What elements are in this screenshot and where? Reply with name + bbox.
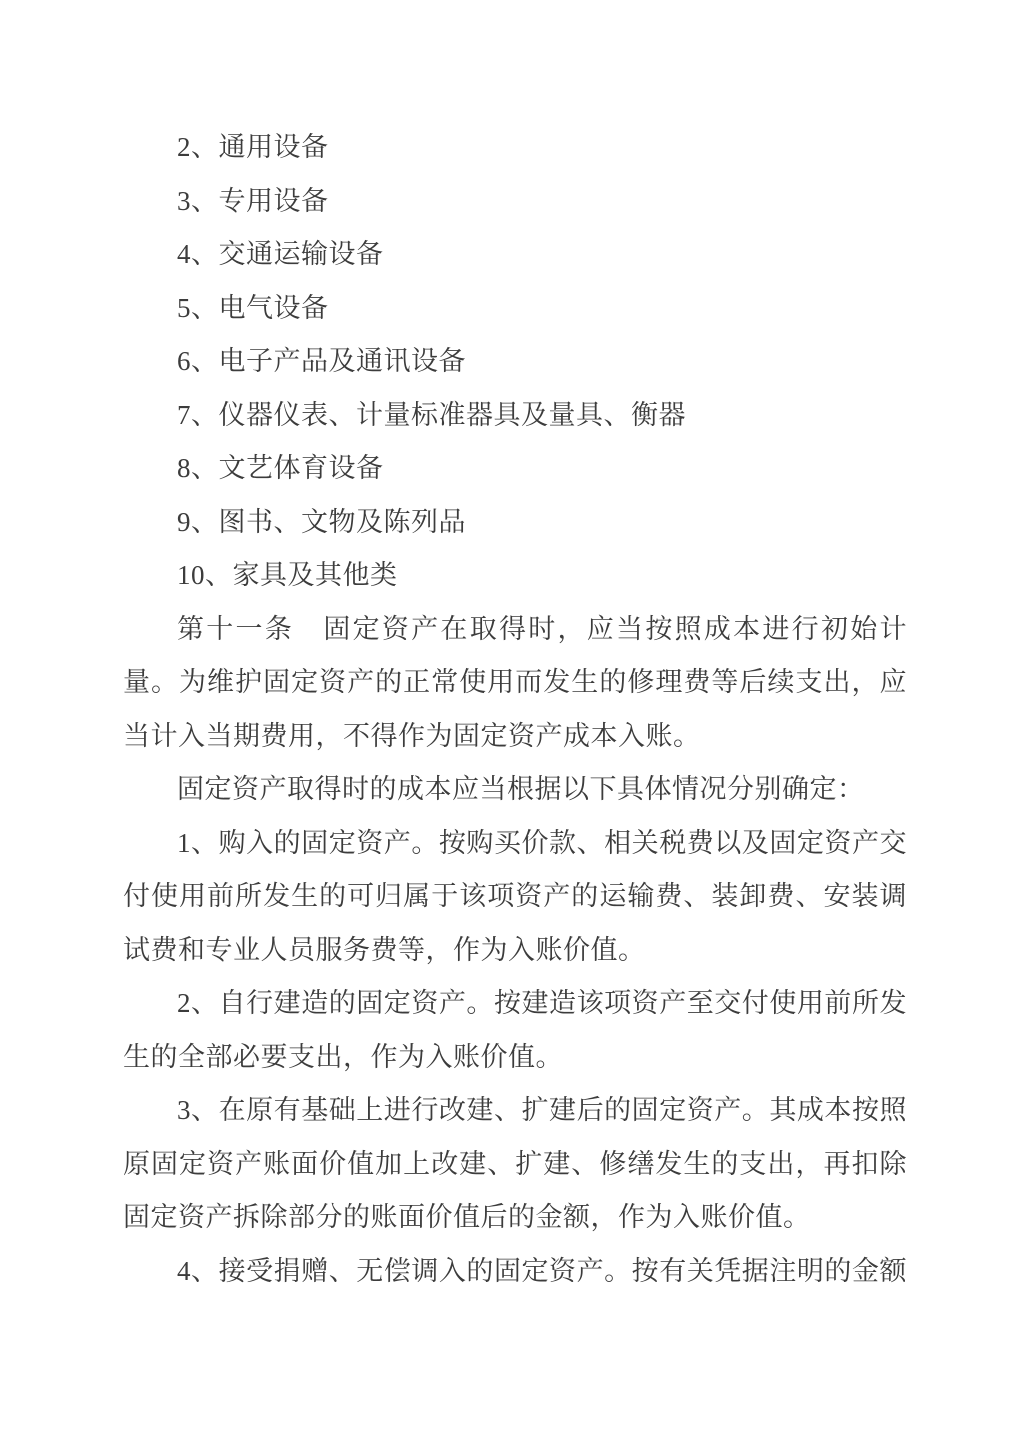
text-line: 2、自行建造的固定资产。按建造该项资产至交付使用前所发 (123, 977, 907, 1031)
text-line: 固定资产拆除部分的账面价值后的金额，作为入账价值。 (123, 1191, 907, 1245)
text-line: 6、电子产品及通讯设备 (123, 335, 907, 389)
document-text-block: 2、通用设备3、专用设备4、交通运输设备5、电气设备6、电子产品及通讯设备7、仪… (123, 121, 907, 1298)
text-line: 2、通用设备 (123, 121, 907, 175)
text-line: 第十一条 固定资产在取得时，应当按照成本进行初始计 (123, 603, 907, 657)
text-line: 生的全部必要支出，作为入账价值。 (123, 1031, 907, 1085)
text-line: 1、购入的固定资产。按购买价款、相关税费以及固定资产交 (123, 817, 907, 871)
text-line: 3、在原有基础上进行改建、扩建后的固定资产。其成本按照 (123, 1084, 907, 1138)
document-page: 2、通用设备3、专用设备4、交通运输设备5、电气设备6、电子产品及通讯设备7、仪… (0, 0, 1024, 1448)
text-line: 量。为维护固定资产的正常使用而发生的修理费等后续支出，应 (123, 656, 907, 710)
text-line: 10、家具及其他类 (123, 549, 907, 603)
text-line: 付使用前所发生的可归属于该项资产的运输费、装卸费、安装调 (123, 870, 907, 924)
text-line: 4、交通运输设备 (123, 228, 907, 282)
text-line: 试费和专业人员服务费等，作为入账价值。 (123, 924, 907, 978)
text-line: 5、电气设备 (123, 282, 907, 336)
text-line: 4、接受捐赠、无偿调入的固定资产。按有关凭据注明的金额 (123, 1245, 907, 1299)
text-line: 原固定资产账面价值加上改建、扩建、修缮发生的支出，再扣除 (123, 1138, 907, 1192)
text-line: 9、图书、文物及陈列品 (123, 496, 907, 550)
text-line: 8、文艺体育设备 (123, 442, 907, 496)
text-line: 7、仪器仪表、计量标准器具及量具、衡器 (123, 389, 907, 443)
text-line: 3、专用设备 (123, 175, 907, 229)
text-line: 当计入当期费用，不得作为固定资产成本入账。 (123, 710, 907, 764)
text-line: 固定资产取得时的成本应当根据以下具体情况分别确定： (123, 763, 907, 817)
